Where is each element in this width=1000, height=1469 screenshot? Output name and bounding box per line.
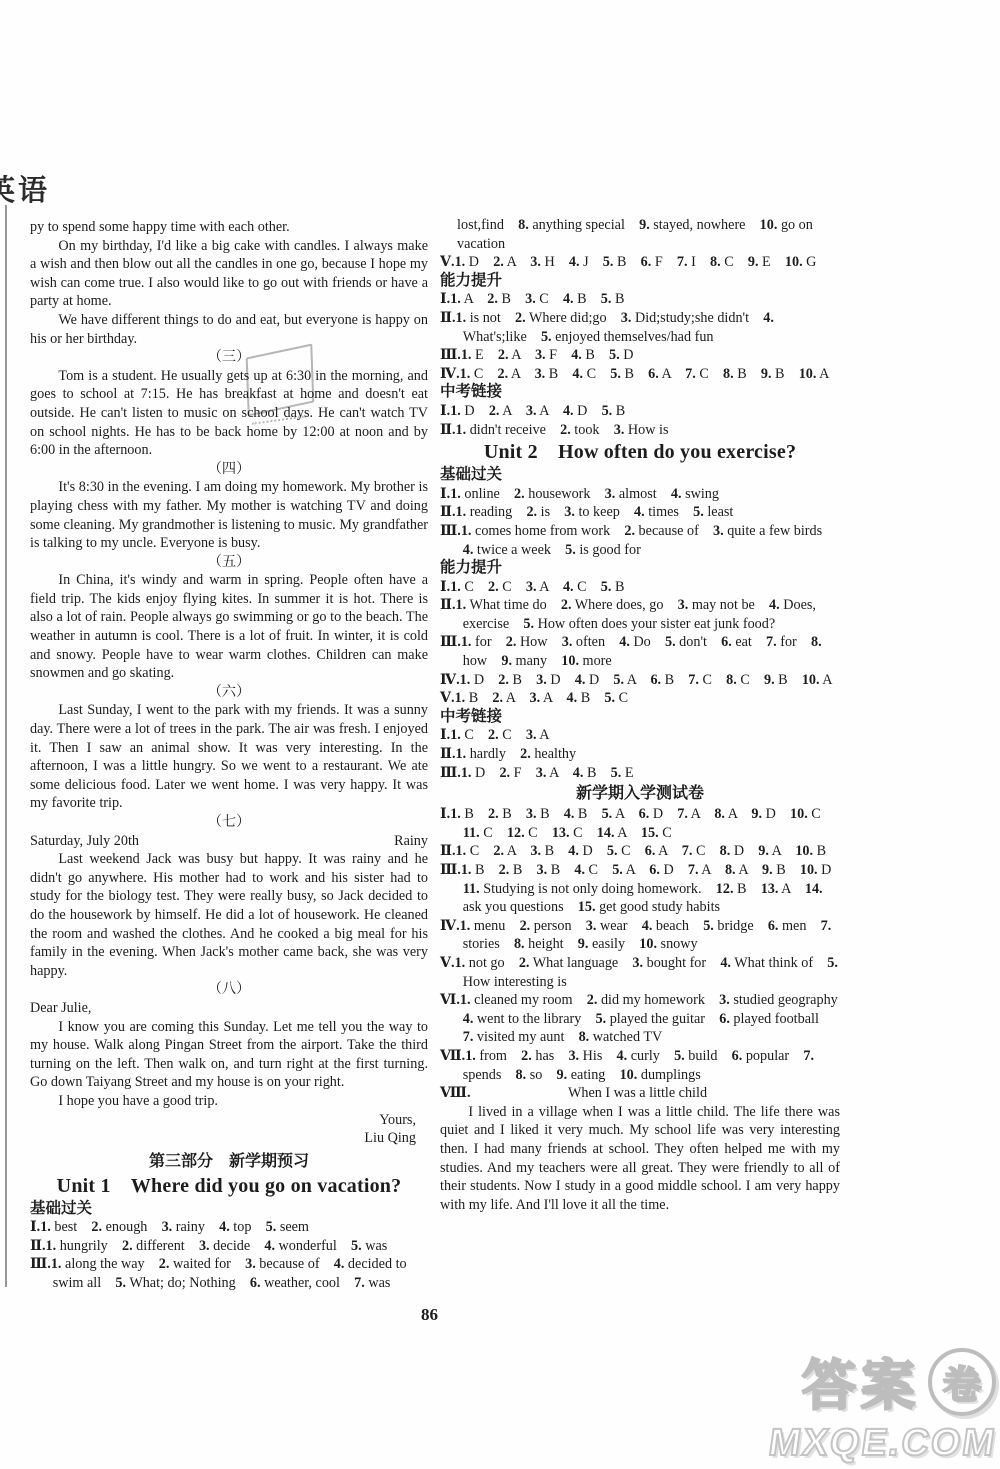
- passage-paragraph: I hope you have a good trip.: [30, 1092, 428, 1111]
- watermark-site: MXQE.COM: [766, 1422, 999, 1465]
- passage-paragraph: I lived in a village when I was a little…: [440, 1103, 840, 1215]
- section-heading: 基础过关: [30, 1200, 428, 1219]
- scanned-answer-page: 英语 py to spend some happy time with each…: [0, 0, 1000, 1469]
- watermark: 答案 卷 MXQE.COM: [769, 1343, 996, 1465]
- passage-paragraph: Tom is a student. He usually gets up at …: [30, 367, 428, 460]
- answer-line: Ⅱ.1. reading 2. is 3. to keep 4. times 5…: [440, 503, 840, 522]
- answer-line: Ⅱ.1. didn't receive 2. took 3. How is: [440, 421, 840, 440]
- answer-line: Ⅲ.1. for 2. How 3. often 4. Do 5. don't …: [440, 633, 840, 670]
- dateline-weather: Rainy: [394, 832, 428, 851]
- passage-paragraph: It's 8:30 in the evening. I am doing my …: [30, 478, 428, 552]
- essay-roman-numeral: Ⅷ.: [440, 1084, 471, 1103]
- watermark-brand: 答案 卷: [769, 1343, 996, 1420]
- answer-line: Ⅲ.1. along the way 2. waited for 3. beca…: [30, 1255, 428, 1292]
- passage-section-marker: （四）: [30, 460, 428, 479]
- answer-line: Ⅲ.1. E 2. A 3. F 4. B 5. D: [440, 346, 840, 365]
- passage-section-marker: （五）: [30, 553, 428, 572]
- letter-signature: Yours,: [30, 1111, 428, 1130]
- test-paper-title: 新学期入学测试卷: [440, 782, 840, 805]
- answer-line: Ⅳ.1. menu 2. person 3. wear 4. beach 5. …: [440, 917, 840, 954]
- passage-paragraph: On my birthday, I'd like a big cake with…: [30, 237, 428, 311]
- unit-title: Unit 2 How often do you exercise?: [440, 439, 840, 466]
- answer-line: Ⅳ.1. C 2. A 3. B 4. C 5. B 6. A 7. C 8. …: [440, 365, 840, 384]
- letter-signature: Liu Qing: [30, 1129, 428, 1148]
- answer-line: Ⅰ.1. A 2. B 3. C 4. B 5. B: [440, 290, 840, 309]
- answer-line: Ⅰ.1. C 2. C 3. A: [440, 726, 840, 745]
- answer-line: Ⅰ.1. online 2. housework 3. almost 4. sw…: [440, 485, 840, 504]
- left-column: py to spend some happy time with each ot…: [30, 218, 428, 1293]
- answer-line: Ⅱ.1. C 2. A 3. B 4. D 5. C 6. A 7. C 8. …: [440, 842, 840, 861]
- answer-line: Ⅴ.1. B 2. A 3. A 4. B 5. C: [440, 689, 840, 708]
- diary-dateline: Saturday, July 20thRainy: [30, 832, 428, 851]
- dateline-date: Saturday, July 20th: [30, 832, 139, 851]
- book-edition-label: 英语: [0, 168, 50, 209]
- essay-title: When I was a little child: [471, 1084, 805, 1103]
- section-heading: 能力提升: [440, 272, 840, 291]
- answer-line: Ⅲ.1. B 2. B 3. B 4. C 5. A 6. D 7. A 8. …: [440, 861, 840, 917]
- right-column: lost,find 8. anything special 9. stayed,…: [440, 216, 840, 1214]
- answer-line: Ⅰ.1. D 2. A 3. A 4. D 5. B: [440, 402, 840, 421]
- answer-line: Ⅱ.1. hungrily 2. different 3. decide 4. …: [30, 1237, 428, 1256]
- answer-line: Ⅱ.1. is not 2. Where did;go 3. Did;study…: [440, 309, 840, 346]
- section-heading: 基础过关: [440, 466, 840, 485]
- passage-paragraph: Last weekend Jack was busy but happy. It…: [30, 850, 428, 980]
- passage-paragraph: I know you are coming this Sunday. Let m…: [30, 1018, 428, 1092]
- section-heading: 中考链接: [440, 383, 840, 402]
- part-heading: 第三部分 新学期预习: [30, 1150, 428, 1173]
- page-number: 86: [421, 1305, 438, 1325]
- answer-line: Ⅱ.1. hardly 2. healthy: [440, 745, 840, 764]
- passage-paragraph: We have different things to do and eat, …: [30, 311, 428, 348]
- watermark-brand-text: 答案: [802, 1343, 920, 1420]
- answer-line: Ⅴ.1. not go 2. What language 3. bought f…: [440, 954, 840, 991]
- letter-salutation: Dear Julie,: [30, 999, 428, 1018]
- watermark-brand-circled-char: 卷: [928, 1348, 996, 1416]
- section-heading: 中考链接: [440, 708, 840, 727]
- essay-title-line: Ⅷ.When I was a little child: [440, 1084, 840, 1103]
- answer-line: Ⅶ.1. from 2. has 3. His 4. curly 5. buil…: [440, 1047, 840, 1084]
- passage-paragraph: In China, it's windy and warm in spring.…: [30, 571, 428, 683]
- answer-line: Ⅲ.1. D 2. F 3. A 4. B 5. E: [440, 764, 840, 783]
- answer-line: Ⅱ.1. What time do 2. Where does, go 3. m…: [440, 596, 840, 633]
- passage-section-marker: （六）: [30, 683, 428, 702]
- answer-line: Ⅰ.1. best 2. enough 3. rainy 4. top 5. s…: [30, 1218, 428, 1237]
- passage-section-marker: （八）: [30, 980, 428, 999]
- page-edge-line: [5, 205, 7, 1287]
- section-heading: 能力提升: [440, 559, 840, 578]
- answer-line: Ⅰ.1. C 2. C 3. A 4. C 5. B: [440, 578, 840, 597]
- answer-line: Ⅰ.1. B 2. B 3. B 4. B 5. A 6. D 7. A 8. …: [440, 805, 840, 842]
- answer-line-continuation: lost,find 8. anything special 9. stayed,…: [440, 216, 840, 253]
- unit-title: Unit 1 Where did you go on vacation?: [30, 1173, 428, 1200]
- answer-line: Ⅲ.1. comes home from work 2. because of …: [440, 522, 840, 559]
- answer-line: Ⅳ.1. D 2. B 3. D 4. D 5. A 6. B 7. C 8. …: [440, 671, 840, 690]
- passage-continuation: py to spend some happy time with each ot…: [30, 218, 428, 237]
- passage-section-marker: （七）: [30, 813, 428, 832]
- passage-paragraph: Last Sunday, I went to the park with my …: [30, 701, 428, 813]
- passage-section-marker: （三）: [30, 348, 428, 367]
- answer-line: Ⅵ.1. cleaned my room 2. did my homework …: [440, 991, 840, 1047]
- answer-line: Ⅴ.1. D 2. A 3. H 4. J 5. B 6. F 7. I 8. …: [440, 253, 840, 272]
